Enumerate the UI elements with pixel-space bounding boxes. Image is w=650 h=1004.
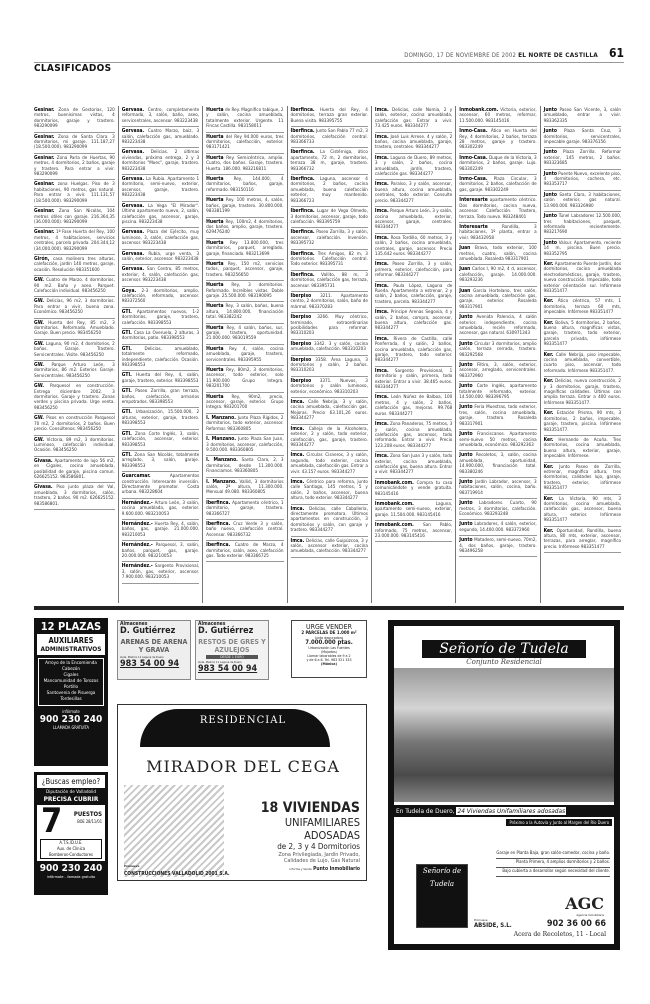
classified-ad: Gervasa. Centro, completamente reformado… bbox=[122, 106, 199, 127]
classified-ad: Junto Labradores. Cuarto, 90 metros, 3 d… bbox=[459, 499, 536, 520]
classified-ad: Junto Valsur. Apartamento, reciente 14 m… bbox=[544, 239, 621, 260]
classified-ad: Iberpiso 3211. Apartamento centro, 2 dor… bbox=[291, 292, 368, 313]
classified-ad: Guarcamar. Apartamentos construcción. In… bbox=[122, 472, 199, 499]
classified-ad: Givasa. Apartamento de lujo 56 m2, en Ci… bbox=[34, 457, 115, 484]
classified-ad: Junto Plaza Zorrilla. Reformar exterior,… bbox=[544, 148, 621, 169]
classified-ad: GW. Victoria, 89 m2, 3 dormitorios. Lumi… bbox=[34, 436, 115, 457]
classified-ad: Inmo-Casa. Duque de la Victoria, 3 dormi… bbox=[459, 154, 536, 175]
classified-ad: Junto Corte Inglés, apartamento totalmen… bbox=[459, 382, 536, 403]
classified-ad: Imca. Parque Arturo León, 3 y salón, coc… bbox=[375, 207, 452, 234]
classified-ad: Junto Túnel Labradores 12.500.000, tres … bbox=[544, 212, 621, 239]
ad-empleo-number: 7 bbox=[41, 801, 62, 841]
classified-ad: Iberfinca. Cuatro de Marzo, 4 dormitorio… bbox=[206, 541, 283, 562]
classified-ad: Iberfinca. Tres Amigos, 82 m, 3 dormitor… bbox=[291, 250, 368, 271]
ad-empleo: ¿Buscas empleo? Diputación de Valladolid… bbox=[34, 772, 108, 895]
classified-ad: Junto Feria Muestras, todo exterior, tre… bbox=[459, 403, 536, 430]
classified-ad: Gervasa. San Centro, 85 metros, exterior… bbox=[122, 265, 199, 286]
classified-ad: Ker. Hernando de Acuña. Tres dormitorios… bbox=[544, 436, 621, 463]
classified-ad: Gervasa. La Vega "El Mirador". Último ap… bbox=[122, 202, 199, 229]
classified-ad: Gervasa. Cuatro Marzo, baiz, 3 salón, ca… bbox=[122, 127, 199, 148]
classified-ad: I. Manzano. Junto Plaza Rigidos, 2 dormi… bbox=[206, 414, 283, 435]
classified-ad: Iberpiso 3371. Nuevos, 3 dormitorios y s… bbox=[291, 377, 368, 398]
classified-ad: Huerta Rey, 80m2, 3 dormitorios, ascenso… bbox=[206, 366, 283, 393]
classified-ad: GW. Parque Arturo León, 3 dormitorios, 8… bbox=[34, 361, 115, 382]
classified-ad: Inmobank.com. Victoria, exterior, ascens… bbox=[459, 106, 536, 127]
classified-ad: Hernández.- Huerta Rey, 4, salón, baños,… bbox=[122, 520, 199, 541]
ad-plazas-note: LLAMADA GRATUITA bbox=[36, 725, 106, 730]
classified-ad: Huerta de Rey. Magnífico tabique, 2 y sa… bbox=[206, 106, 283, 133]
tudela-logo: Señorío de Tudela bbox=[416, 864, 468, 928]
classified-ad: Huerta Rey 13.800.000, tres dormitorios,… bbox=[206, 239, 283, 260]
ad-plazas-phone: 900 230 240 bbox=[36, 714, 106, 725]
classified-ad: Huerta Rey. 4, salón, cocina amueblada, … bbox=[206, 345, 283, 366]
classified-column: Inmobank.com. Victoria, exterior, ascens… bbox=[455, 106, 539, 603]
tudela-housing-photo bbox=[394, 668, 614, 802]
classified-ad: Junto Paseo San Vicente, 3, salón amuebl… bbox=[544, 106, 621, 127]
ad-empleo-title: ¿Buscas empleo? bbox=[37, 775, 105, 788]
classified-ad: Ker. Boliva, 5 dormitorios, 2 baños, bue… bbox=[544, 319, 621, 351]
classified-ad: GW. Laguna, 90 m2, 4 dormitorios, 2 baño… bbox=[34, 340, 115, 361]
agc-logo: AGC bbox=[565, 894, 604, 913]
classified-ad: GTI. Paseo Zorrilla, gran terraza, baños… bbox=[122, 387, 199, 408]
classified-ad: Huerta Rey, 3 dormitorios. Reformado. In… bbox=[206, 281, 283, 302]
place-item: Tordesillas bbox=[39, 697, 103, 703]
classified-ad: Inmo-Casa. Plaza Circular, 3 dormitorios… bbox=[459, 175, 536, 196]
classified-ad: Junto Avenida Palencia, 4 salón exterior… bbox=[459, 313, 536, 340]
classified-ad: Goya. 2-3 dormitorios, amplio, calefacci… bbox=[122, 287, 199, 308]
classified-ad: Ker. La Victoria, 90 mts, 3 dormitorios,… bbox=[544, 495, 621, 527]
tudela-phone: 902 36 00 66 bbox=[547, 919, 606, 929]
classified-ad: Iberpiso 3342. 3 y salón, cocina amuebla… bbox=[291, 340, 368, 356]
ad-plazas-title: 12 PLAZAS bbox=[36, 620, 106, 633]
classified-column: Gesinar. Zona de Gestorias, 120 metros, … bbox=[34, 106, 118, 603]
classified-ad: Ker. Delicias, nueva construcción, 2 y 3… bbox=[544, 377, 621, 409]
classified-ad: Girón, casa molinera tres alturas, calef… bbox=[34, 255, 115, 276]
classified-ad: Imca. Delicias, calle Nomia, 2 y salón, … bbox=[375, 106, 452, 133]
classified-column: Junto Paseo San Vicente, 3, salón amuebl… bbox=[540, 106, 624, 603]
classified-ad: Junto Recoletos, 3, salón, cocina amuebl… bbox=[459, 451, 536, 478]
classified-ad: Imca. Zona Panaderos, 75 metros, 3 y sal… bbox=[375, 420, 452, 452]
classified-ad: GTI. Casa La Overuela, 2 alturas, 3 dorm… bbox=[122, 329, 199, 345]
classified-ad: GW. Delicias, 96 m2, 3 dormitorios. Para… bbox=[34, 297, 115, 318]
classified-ad: GTI. Zona San Nicolás, totalmente arregl… bbox=[122, 451, 199, 472]
classified-ad: I. Manzano. Junto Plaza San Juan, 3 dorm… bbox=[206, 435, 283, 456]
classified-ad: Iberfinca. Junto San Pablo 77 m2, 3 dorm… bbox=[291, 127, 368, 148]
classified-ad: Junto Labradores, 4 salón, exterior, seg… bbox=[459, 520, 536, 536]
classified-ad: Iberfinca. Vallito, 88 m, 3 dormitorios,… bbox=[291, 271, 368, 292]
classified-ad: Huerta Rey, 3 salón, baños, buena altura… bbox=[206, 302, 283, 323]
classified-ad: Ker. Calle Nebrija, piso impecable, coci… bbox=[544, 351, 621, 378]
classified-ad: Imca. Céntrico para reforma, junto calle… bbox=[291, 478, 368, 505]
classified-ad: GTI. Delicias, amueblado, totalmente ref… bbox=[122, 345, 199, 372]
classified-ad: Imca. Príncipe Arenas Segovia, 4 y salón… bbox=[375, 308, 452, 335]
classified-ad: GTI. Zona Corte Inglés, 3, salón, calefa… bbox=[122, 430, 199, 451]
classified-ad: Iberfinca. Laguna, ascensor 4 dormitorio… bbox=[291, 175, 368, 207]
classified-ad: Imca. Rosa Tordillo, 60 metros, 3 y saló… bbox=[375, 234, 452, 261]
tudela-title: Señorío de Tudela bbox=[422, 640, 586, 658]
classified-ad: Ker. Junto Paseo de Zorrilla, estrenar, … bbox=[544, 463, 621, 495]
classified-ad: GTI. Huerta del Rey, 4, salón, garaje, t… bbox=[122, 371, 199, 387]
classified-ad: Junto Circular 3 dormitorios, amplio sal… bbox=[459, 340, 536, 361]
classified-ad: Juan Bravo, todo exterior, 100 metros, c… bbox=[459, 244, 536, 265]
classified-ad: Junto Franciscanos. Apartamento semi-nue… bbox=[459, 430, 536, 451]
ad-plazas-places: Arroyo de la EncomiendaCabezónCigalesMan… bbox=[38, 658, 104, 706]
classified-ad: Imca. Rivera de Castilla, calle Ponferra… bbox=[375, 335, 452, 367]
classified-ad: Gervasa. Rubia, urge venta, 3 salón, ext… bbox=[122, 250, 199, 266]
classified-ad: Interesarte Rondilla, 3 habitaciones, 1º… bbox=[459, 223, 536, 244]
classified-ad: Ker. Apartamento Puente Jardín, dos dorm… bbox=[544, 260, 621, 297]
classified-ad: Gesinar. Zona San Nicolás, 104 metros út… bbox=[34, 207, 115, 228]
ad-gutierrez-gres: Almacenes D. Gutiérrez RESTOS DE GRES Y … bbox=[195, 620, 269, 680]
classified-ad: GTI. Apartamentos nuevos, 1-2 dormitorio… bbox=[122, 308, 199, 329]
classified-ad: Junto Matadero, semi-nuevo, 70m2, 4, dos… bbox=[459, 536, 536, 557]
classified-ad: Gesinar. 1ª Fase Huerta del Rey, 100 met… bbox=[34, 228, 115, 255]
ad-empleo-puestos: PUESTOS bbox=[74, 811, 102, 818]
ad-senorio-de-tudela: Señorío de Tudela Conjunto Residencial E… bbox=[388, 620, 620, 950]
classified-ad: Givasa. Piso junto plaza del Val, amuebl… bbox=[34, 483, 115, 510]
ad-plazas-subtitle: AUXILIARES ADMINISTRATIVOS bbox=[37, 634, 105, 655]
classified-ad: Iberfinca. Paseo Zorrilla, 3 y salón, as… bbox=[291, 228, 368, 249]
page-header: DOMINGO, 17 DE NOVIEMBRE DE 2002 EL NORT… bbox=[34, 48, 624, 63]
ad-gutierrez-arena: Almacenes D. Gutiérrez ARENAS DE ARENA Y… bbox=[117, 620, 191, 680]
classified-ad: GTI. Urbanización, 15.500.000, 2 alturas… bbox=[122, 408, 199, 429]
classified-ad: Inmobank.com. Laguna, apartamento semi-n… bbox=[375, 500, 452, 521]
classified-columns: Gesinar. Zona de Gestorias, 120 metros, … bbox=[34, 106, 624, 603]
classified-ad: Imca. Delicias, calle Guipúzcoa, 3 y sal… bbox=[291, 537, 368, 558]
ad-empleo-phone: 900 230 240 bbox=[36, 863, 106, 874]
classified-ad: I. Manzano. Santa Clara, 2, 3 dormitorio… bbox=[206, 456, 283, 477]
classified-ad: Inmobank.com. San Pablo, reformado, 75 m… bbox=[375, 521, 452, 542]
classified-ad: Huerta Rey. 100 metros, 4, salón, baños,… bbox=[206, 196, 283, 217]
classified-ad: Huerta Rey, 150 m2, servicios todos, par… bbox=[206, 260, 283, 281]
classified-ad: Imca. Delicias, calle Caballería, direct… bbox=[291, 505, 368, 537]
section-divider bbox=[34, 606, 624, 610]
classified-ad: Imca. Sargento Provisional, 1 dormitorio… bbox=[375, 367, 452, 394]
header-date: DOMINGO, 17 DE NOVIEMBRE DE 2002 EL NORT… bbox=[404, 51, 598, 59]
classified-column: Imca. Delicias, calle Nomia, 2 y salón, … bbox=[371, 106, 455, 603]
classified-ad: Imca. Zona San Juan 3 y salón, todo exte… bbox=[375, 452, 452, 479]
classified-ad: Imca. Circular. Cisneros, 3 y salón, seg… bbox=[291, 451, 368, 478]
classified-ad: Iberfinca. Apartamento céntrico, 1 dormi… bbox=[206, 499, 283, 520]
classified-ad: Huerta Rey, 90m2, precio, ascensor, gara… bbox=[206, 393, 283, 414]
classified-ad: Imca. Paraíso, 3 y salón, ascensor, buen… bbox=[375, 180, 452, 207]
classified-ad: Imca. Calle Nebrija, 3 y salón, cocina a… bbox=[291, 398, 368, 425]
classified-ad: Iberfinca. Lugar de Vega Olmedo, 3 dormi… bbox=[291, 207, 368, 228]
classified-ad: Gesinar. Zona de Gestorias, 120 metros, … bbox=[34, 106, 115, 133]
classified-ad: Inmo-Casa. Ático en Huerta del Rey, 4 do… bbox=[459, 127, 536, 154]
classified-ad: Imca. Paula López, Laguna de Rueda. Apar… bbox=[375, 282, 452, 309]
classified-ad: GW. Parquesol en construcción. Entrega d… bbox=[34, 382, 115, 414]
classified-ad: Imca. Paseo Zorrilla, 3 y salón, primera… bbox=[375, 260, 452, 281]
classified-ad: Imca. José Luis Arrese. 4 y salón, 2 bañ… bbox=[375, 133, 452, 154]
ad-mirador-del-cega: RESIDENCIAL MIRADOR DEL CEGA 18 VIVIENDA… bbox=[117, 704, 367, 881]
classified-ad: Ker. Ático céntrico, 57 mts, 1 dormitori… bbox=[544, 297, 621, 318]
classified-ad: Junto Puente Nuevo, excelente piso, 4 do… bbox=[544, 170, 621, 191]
ad-empleo-roles: A.T.S./D.U.E.Aux. de ClínicaBomberos-Con… bbox=[40, 839, 102, 859]
classified-ad: Iberpiso 3358. Área Laguna, 3 dormitorio… bbox=[291, 356, 368, 377]
classified-ad: Gervasa. La Rubia. Apartamento 1 dormito… bbox=[122, 175, 199, 202]
classified-ad: Hernández.- Parquesol, 3, salón, baños, … bbox=[122, 541, 199, 562]
classified-ad: Inmobank.com. Compra tu casa comunicándo… bbox=[375, 479, 452, 500]
classified-ad: Junto Jardín Labrador, ascensor, 3 habit… bbox=[459, 478, 536, 499]
classified-ad: Interesarte apartamento céntrico. Dos do… bbox=[459, 196, 536, 223]
ad-plazas: 12 PLAZAS AUXILIARES ADMINISTRATIVOS Arr… bbox=[34, 618, 108, 766]
classified-column: Huerta de Rey. Magnífico tabique, 2 y sa… bbox=[202, 106, 286, 603]
role-item: Bomberos-Conductores bbox=[41, 852, 101, 858]
classified-ad: Hernández.- Sargento Provisional, 3, sal… bbox=[122, 562, 199, 583]
classified-ad: Junto Santa Clara, 3 habitaciones, salón… bbox=[544, 191, 621, 212]
classified-ad: Huerta Rey, 4 salón, baños, sur, garaje,… bbox=[206, 324, 283, 345]
ad-empleo-ref: BOE 28/11/01 bbox=[77, 819, 102, 824]
classified-ad: Gesinar. zona Huelgas. Piso de 3 habitac… bbox=[34, 180, 115, 207]
page-number: 61 bbox=[609, 46, 624, 60]
classified-ad: Huerta Rey, 100m2, 4 dormitorios, dos ba… bbox=[206, 218, 283, 239]
classified-ad: Ker. Estación Prisma, 90 mts, 3 dormitor… bbox=[544, 409, 621, 436]
classified-ad: Gervasa. Plaza del Ejército, muy luminos… bbox=[122, 228, 199, 249]
classified-ad: Iberfinca. Huerta del Rey, 4 dormitorios… bbox=[291, 106, 368, 127]
classified-ad: Imca. León Núñez de Balboa, 100 metros, … bbox=[375, 393, 452, 420]
classified-ad: Gervasa. Delicias. 2 últimas viviendas, … bbox=[122, 148, 199, 175]
classified-ad: I. Manzano. Vallid, 3 dormitorios salón,… bbox=[206, 478, 283, 499]
classified-ad: Junto Plaza Santa Cruz, 3 dormitorios, s… bbox=[544, 127, 621, 148]
classified-ad: GW. Cuatro de Marzo. 4 dormitorios, 90 m… bbox=[34, 276, 115, 297]
classified-ad: GW. Pisos en construcción Parquesol 70 m… bbox=[34, 414, 115, 435]
classified-ad: Gesinar. Zona de Santa Clara. 3 dormitor… bbox=[34, 133, 115, 154]
classified-ad: Imca. Laguna de Duero, 89 metros, 3 y sa… bbox=[375, 154, 452, 181]
classified-ad: Hernández.- Arturo León, 3 salón, cocina… bbox=[122, 499, 199, 520]
classified-ad: Juan Carlos I, 90 m2, 4 d, ascensor, cal… bbox=[459, 265, 536, 286]
classified-ad: GW. Huerta del Rey, 85 m2, 3 dormitorios… bbox=[34, 319, 115, 340]
classified-ad: Iberpiso 3266. Muy céntrico, terminado, … bbox=[291, 313, 368, 340]
classified-ad: Iberfinca. Cruz Verde 3 y salón, baño nu… bbox=[206, 520, 283, 541]
section-title: CLASIFICADOS bbox=[34, 63, 111, 74]
classified-ad: Huerta del Rey 94.000 euros, tres dormit… bbox=[206, 133, 283, 154]
classified-ad: Ker. Oportunidad, Rondilla, buena altura… bbox=[544, 527, 621, 554]
classified-ad: Huerta Rey, 144.000, 4 dormitorios, baño… bbox=[206, 175, 283, 196]
ad-empleo-body: 7 PUESTOS BOE 28/11/01 A.T.S./D.U.E.Aux.… bbox=[37, 805, 105, 861]
classified-ad: Iberfinca. La Cistérniga, ático apartame… bbox=[291, 148, 368, 175]
classified-column: Gervasa. Centro, completamente reformado… bbox=[118, 106, 202, 603]
ad-empleo-note: infórmate - llamada gratuita bbox=[36, 874, 106, 879]
classified-ad: Junto Filtiro, 3, salón, exterior, ascen… bbox=[459, 361, 536, 382]
ad-urge-vender: URGE VENDER 2 PARCELAS DE 1.000 m² Junto… bbox=[291, 620, 367, 678]
classified-ad: Huerta Rey. Semicéntrico, amplio. Cuatro… bbox=[206, 154, 283, 175]
classified-column: Iberfinca. Huerta del Rey, 4 dormitorios… bbox=[287, 106, 371, 603]
classified-ad: Imca. Calleja de la Alcoholera, exterior… bbox=[291, 425, 368, 452]
classified-ad: Gesinar. Zona Parla de Huertas, 90 metro… bbox=[34, 154, 115, 181]
classified-ad: Juan García Hortelano, tres salón, cocin… bbox=[459, 287, 536, 314]
